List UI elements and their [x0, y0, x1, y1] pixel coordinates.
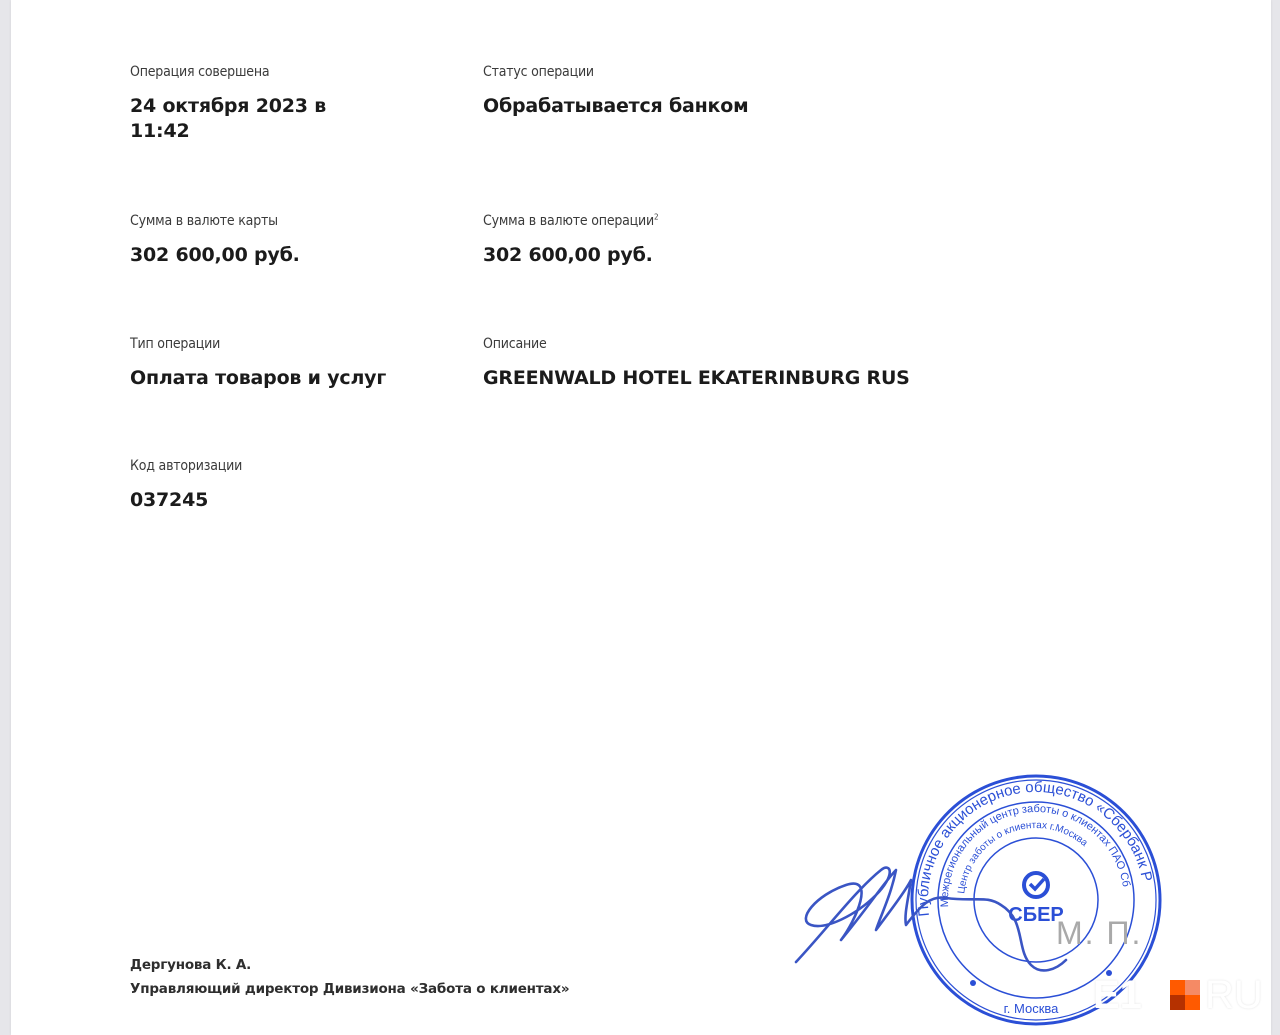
e1-watermark: E1 RU: [1093, 975, 1273, 1015]
auth-code-label: Код авторизации: [130, 458, 242, 474]
field-description: Описание GREENWALD HOTEL EKATERINBURG RU…: [483, 336, 910, 391]
operation-date-line2: 11:42: [130, 119, 326, 144]
description-value: GREENWALD HOTEL EKATERINBURG RUS: [483, 366, 910, 391]
watermark-right: RU: [1205, 975, 1263, 1015]
status-label: Статус операции: [483, 64, 748, 80]
field-auth-code: Код авторизации 037245: [130, 458, 242, 513]
stamp-bottom-text: г. Москва: [1004, 1001, 1060, 1016]
status-value: Обрабатывается банком: [483, 94, 748, 119]
description-label: Описание: [483, 336, 910, 352]
field-status: Статус операции Обрабатывается банком: [483, 64, 748, 119]
amount-operation-value: 302 600,00 руб.: [483, 243, 658, 268]
amount-operation-label: Сумма в валюте операции2: [483, 213, 658, 229]
field-amount-operation: Сумма в валюте операции2 302 600,00 руб.: [483, 213, 658, 268]
operation-date-label: Операция совершена: [130, 64, 326, 80]
operation-type-label: Тип операции: [130, 336, 386, 352]
amount-operation-label-text: Сумма в валюте операции: [483, 213, 654, 229]
operation-type-value: Оплата товаров и услуг: [130, 366, 386, 391]
amount-card-label: Сумма в валюте карты: [130, 213, 300, 229]
e1-logo-icon: [1170, 980, 1200, 1010]
signature-icon: [786, 850, 1076, 980]
watermark-left: E1: [1093, 975, 1142, 1015]
footnote-marker: 2: [654, 212, 658, 221]
amount-card-value: 302 600,00 руб.: [130, 243, 300, 268]
operation-date-line1: 24 октября 2023 в: [130, 94, 326, 119]
field-amount-card: Сумма в валюте карты 302 600,00 руб.: [130, 213, 300, 268]
field-operation-date: Операция совершена 24 октября 2023 в 11:…: [130, 64, 326, 144]
signatory-name: Дергунова К. А.: [130, 957, 251, 973]
seal-mark: М. П.: [1056, 915, 1142, 952]
auth-code-value: 037245: [130, 488, 242, 513]
receipt-page: Операция совершена 24 октября 2023 в 11:…: [11, 0, 1271, 1035]
signatory-title: Управляющий директор Дивизиона «Забота о…: [130, 981, 569, 997]
operation-date-value: 24 октября 2023 в 11:42: [130, 94, 326, 144]
field-operation-type: Тип операции Оплата товаров и услуг: [130, 336, 386, 391]
